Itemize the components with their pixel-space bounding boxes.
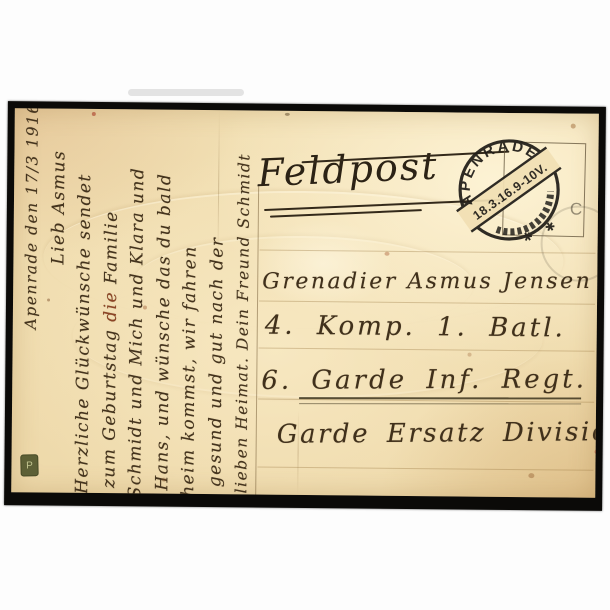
message-fragment-red-ink: die [100,291,120,322]
feldpost-postcard: Apenrade den 17/3 1916 Lieb Asmus Herzli… [11,108,599,498]
message-line: Herzliche Glückwünsche sendet [69,110,99,498]
address-rule [259,301,595,305]
age-spot [384,252,389,256]
publisher-mark: P [20,454,39,476]
address-line-division: Garde Ersatz Division [277,417,599,450]
handwritten-message: Apenrade den 17/3 1916 Lieb Asmus Herzli… [16,109,258,498]
message-line: Apenrade den 17/3 1916 [16,109,46,498]
age-spot [528,473,534,478]
message-fragment: zum Geburtstag [99,322,121,489]
message-line: Schmidt und Mich und Klara und [122,110,152,498]
message-line: zum Geburtstag die Familie [96,110,126,498]
message-line: lieben Heimat. Dein Freund Schmidt [228,111,258,498]
message-line: Lieb Asmus [43,110,73,498]
postmark-star: ✱ [542,218,558,235]
address-rule [257,467,593,471]
age-spot [571,124,576,129]
embossed-body-icon [248,215,399,311]
scanned-postcard-page: Apenrade den 17/3 1916 Lieb Asmus Herzli… [0,0,610,610]
age-spot [595,450,599,454]
feldpost-underline [270,209,422,217]
address-line-regiment: 6. Garde Inf. Regt. [261,364,587,395]
regiment-underline [299,397,581,404]
message-fragment: Familie [101,210,122,291]
age-spot [468,353,472,357]
scan-shadow-frame: Apenrade den 17/3 1916 Lieb Asmus Herzli… [4,101,606,511]
address-line-recipient: Grenadier Asmus Jensen [262,269,592,294]
message-line: Hans, und wünsche das du bald [149,111,179,498]
address-rule [259,348,595,352]
message-line: gesund und gut nach der [202,111,232,498]
message-line: heim kommst, wir fahren [175,111,205,498]
age-spot [285,113,290,116]
address-line-company: 4. Komp. 1. Batl. [265,311,566,344]
scan-smudge [128,89,244,96]
